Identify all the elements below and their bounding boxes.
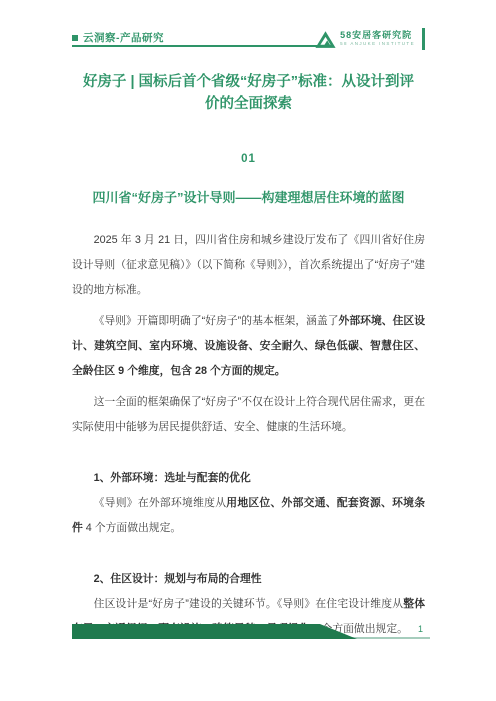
subsection-1-heading: 1、外部环境：选址与配套的优化 (72, 466, 425, 491)
logo-subtext: 58 ANJUKE INSTITUTE (340, 42, 415, 47)
institute-logo: 58安居客研究院 58 ANJUKE INSTITUTE (315, 28, 425, 50)
content-area: 云洞察-产品研究 58安居客研究院 58 ANJUKE INSTITUTE 好房… (0, 28, 496, 642)
logo-vertical-bar (422, 28, 425, 50)
brand-square-icon (72, 35, 78, 41)
page-header: 云洞察-产品研究 58安居客研究院 58 ANJUKE INSTITUTE (72, 28, 425, 52)
logo-triangle-icon (315, 30, 336, 49)
page-number: 1 (418, 624, 423, 634)
logo-name: 58安居客研究院 (340, 31, 415, 41)
article-body: 2025 年 3 月 21 日，四川省住房和城乡建设厅发布了《四川省好住房设计导… (72, 228, 425, 642)
section-title: 四川省“好房子”设计导则——构建理想居住环境的蓝图 (72, 187, 425, 206)
paragraph-3: 这一全面的框架确保了“好房子”不仅在设计上符合现代居住需求，更在实际使用中能够为… (72, 390, 425, 440)
logo-text: 58安居客研究院 58 ANJUKE INSTITUTE (340, 31, 415, 47)
brand-label: 云洞察-产品研究 (83, 30, 164, 45)
header-divider (72, 45, 324, 47)
article-title: 好房子 | 国标后首个省级“好房子”标准：从设计到评价的全面探索 (72, 72, 425, 115)
subsection-1-paragraph: 《导则》在外部环境维度从用地区位、外部交通、配套资源、环境条件 4 个方面做出规… (72, 491, 425, 541)
paragraph-1: 2025 年 3 月 21 日，四川省住房和城乡建设厅发布了《四川省好住房设计导… (72, 228, 425, 303)
section-number: 01 (72, 153, 425, 165)
subsection-2-heading: 2、住区设计：规划与布局的合理性 (72, 567, 425, 592)
paragraph-2: 《导则》开篇即明确了“好房子”的基本框架，涵盖了外部环境、住区设计、建筑空间、室… (72, 309, 425, 384)
footer-green-bar (72, 624, 357, 639)
document-page: 云洞察-产品研究 58安居客研究院 58 ANJUKE INSTITUTE 好房… (0, 0, 496, 701)
